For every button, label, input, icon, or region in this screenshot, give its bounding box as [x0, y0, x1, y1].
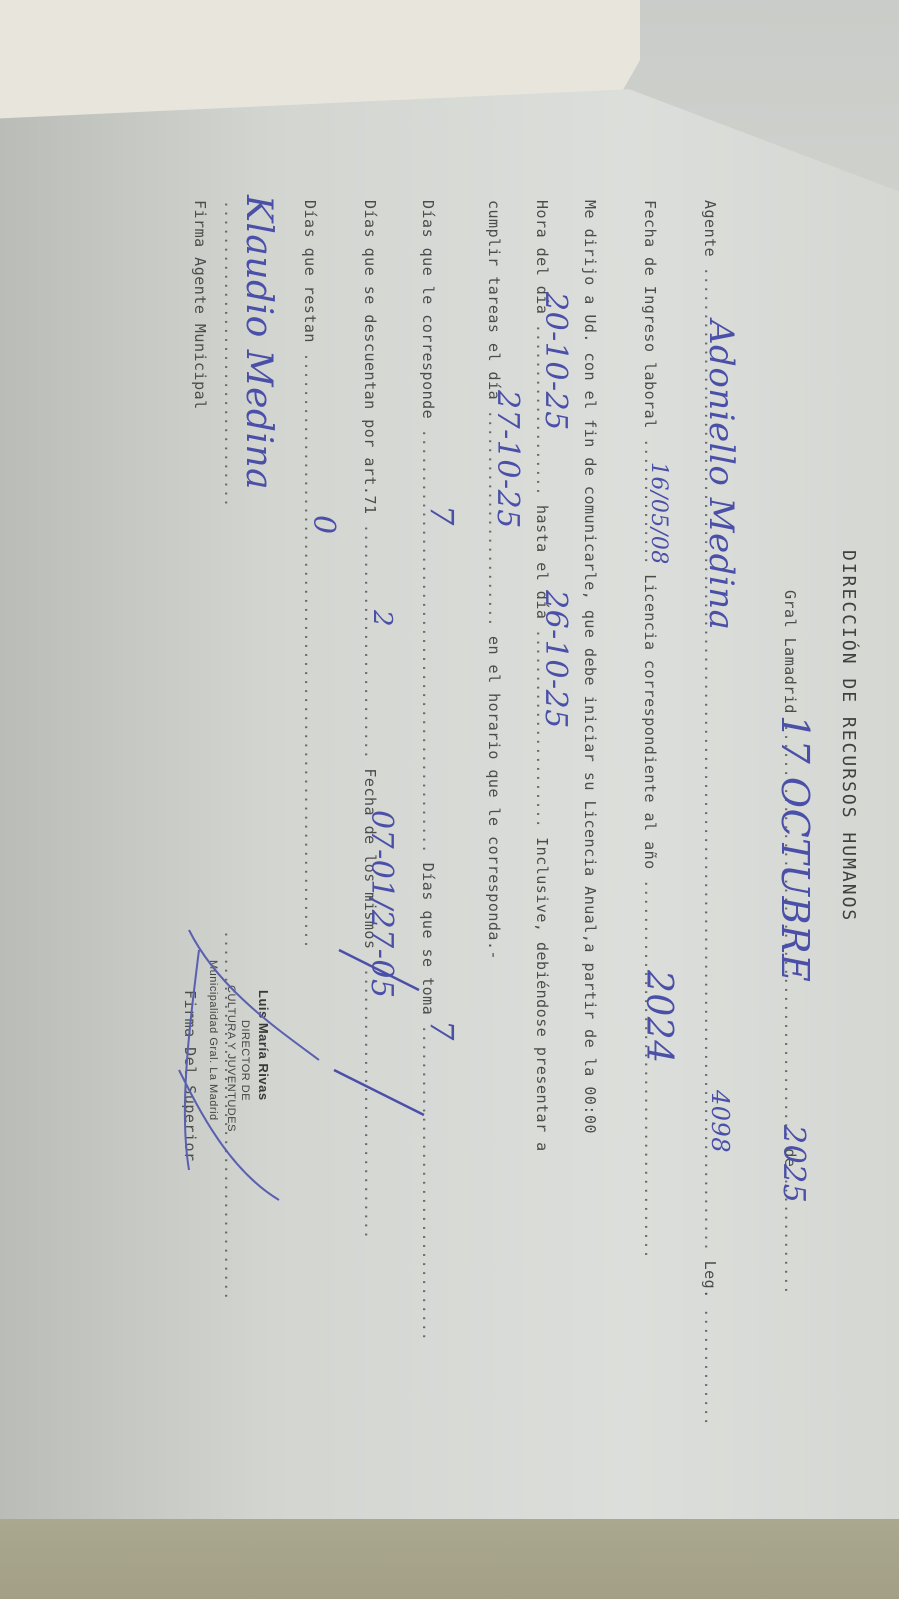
background-table: [0, 1519, 899, 1599]
fecha-mismos-slash: [329, 930, 429, 1130]
dias-corresponde-label: Días que le corresponde: [419, 200, 437, 419]
desde-value: 20-10-25: [538, 292, 573, 431]
cumplir-value: 27-10-25: [490, 390, 525, 529]
horario-text: en el horario que le corresponda.-: [485, 636, 503, 960]
place-label: Gral Lamadrid: [781, 590, 799, 714]
date-year: 2025: [776, 1125, 811, 1203]
legajo-label: Leg.: [701, 1261, 719, 1299]
agent-signature-line: ..................................: [221, 200, 239, 507]
fecha-ingreso-label: Fecha de Ingreso laboral: [641, 200, 659, 429]
dias-restan-value: 0: [306, 515, 341, 535]
date-day-month: 17 OCTUBRE: [773, 715, 817, 982]
dias-restan-label: Días que restan: [301, 200, 319, 343]
legajo-value: 4098: [706, 1090, 734, 1153]
form-title: DIRECCIÓN DE RECURSOS HUMANOS: [838, 550, 859, 922]
dias-descuentan-value: 2: [367, 610, 397, 627]
licencia-year: 2024: [638, 970, 679, 1064]
dias-descuentan-label: Días que se descuentan por art.71: [361, 200, 379, 515]
hasta-value: 26-10-25: [538, 590, 573, 729]
body-line-1: Me dirijo a Ud. con el fin de comunicarl…: [581, 200, 599, 1134]
leave-form: DIRECCIÓN DE RECURSOS HUMANOS Gral Lamad…: [119, 170, 899, 1520]
inclusive-text: Inclusive, debiéndose presentar a: [533, 837, 551, 1152]
agente-label: Agente: [701, 200, 719, 257]
fecha-ingreso-row: Fecha de Ingreso laboral .............. …: [641, 200, 659, 1259]
cumplir-label: cumplir tareas el día: [485, 200, 503, 400]
agent-signature: Klaudio Medina: [238, 195, 279, 490]
body-line-3: cumplir tareas el día ..................…: [485, 200, 503, 960]
dias-corresponde-row: Días que le corresponde ................…: [419, 200, 437, 1341]
dias-restan-row: Días que restan ........................…: [301, 200, 319, 949]
licencia-text: Licencia correspondiente al año: [641, 574, 659, 869]
superior-signature-stroke: [159, 910, 339, 1210]
agente-value: Adoniello Medina: [701, 320, 741, 630]
fecha-ingreso-value: 16/05/08: [646, 462, 671, 565]
dias-corresponde-value: 7: [423, 505, 461, 526]
agent-signature-label: Firma Agente Municipal: [191, 200, 209, 410]
